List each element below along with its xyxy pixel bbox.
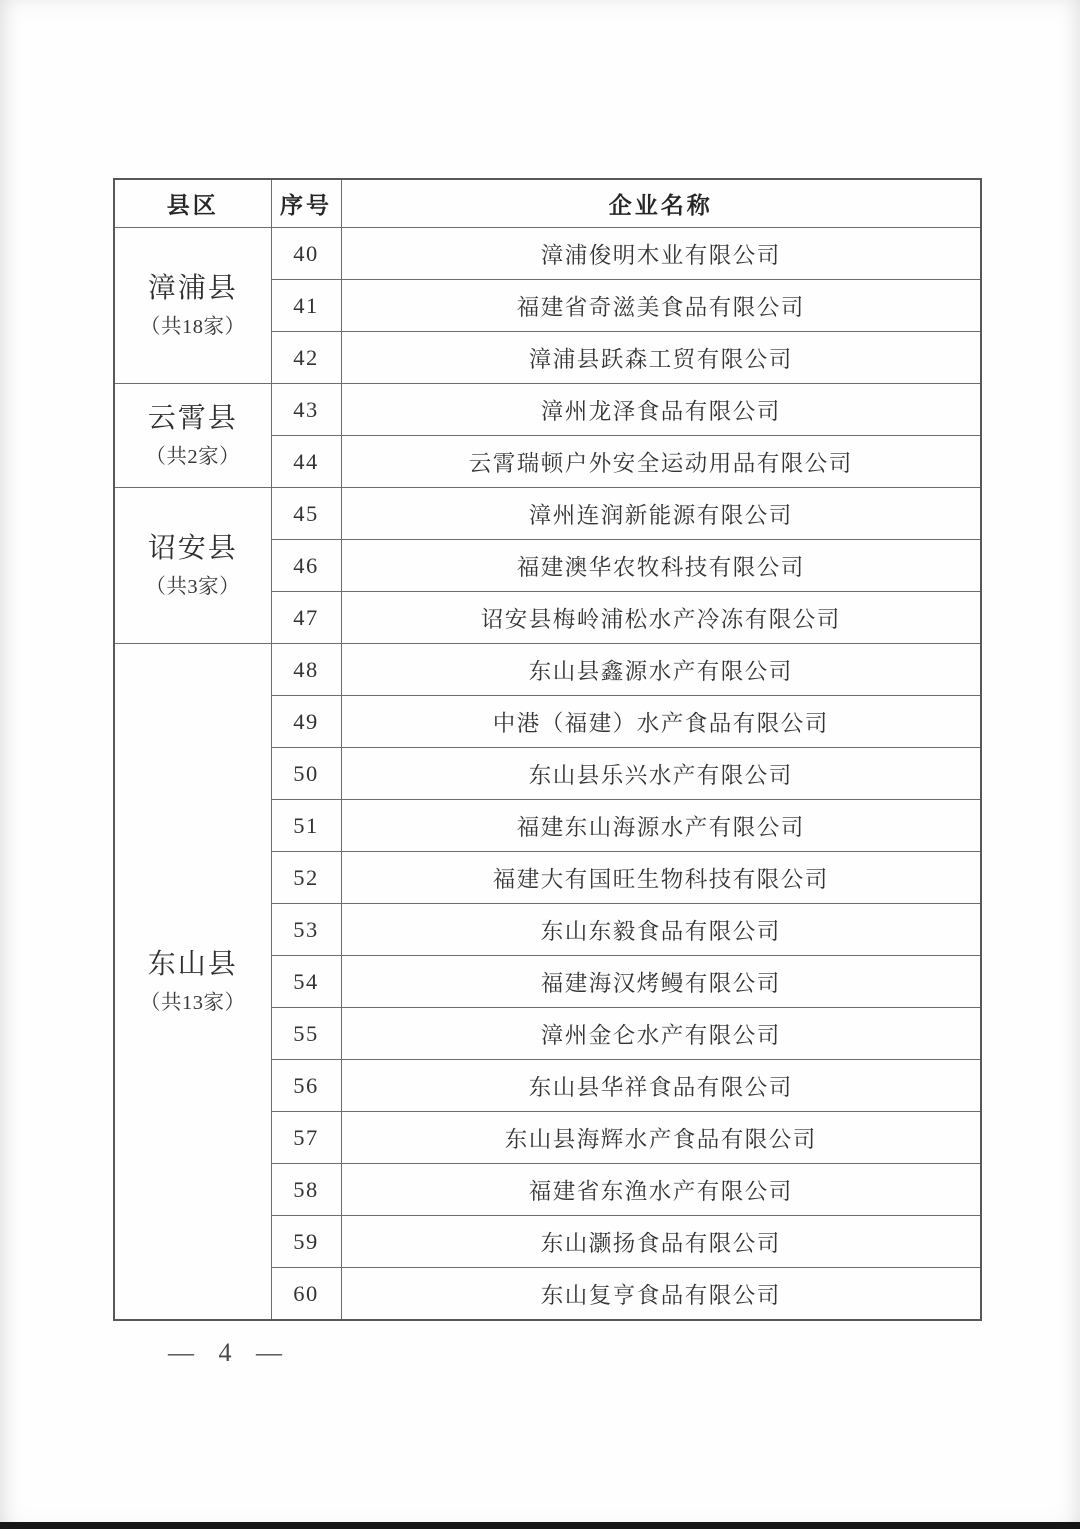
serial-number: 45 [271, 488, 341, 540]
table-header-row: 县区 序号 企业名称 [114, 179, 981, 228]
company-name: 东山灏扬食品有限公司 [341, 1216, 981, 1268]
serial-number: 48 [271, 644, 341, 696]
company-name: 漳州金仑水产有限公司 [341, 1008, 981, 1060]
serial-number: 50 [271, 748, 341, 800]
serial-number: 58 [271, 1164, 341, 1216]
company-name: 诏安县梅岭浦松水产冷冻有限公司 [341, 592, 981, 644]
company-name: 东山县鑫源水产有限公司 [341, 644, 981, 696]
header-company: 企业名称 [341, 179, 981, 228]
company-name: 漳州龙泽食品有限公司 [341, 384, 981, 436]
serial-number: 51 [271, 800, 341, 852]
serial-number: 46 [271, 540, 341, 592]
company-name: 东山县海辉水产食品有限公司 [341, 1112, 981, 1164]
county-count: （共13家） [115, 990, 271, 1018]
serial-number: 47 [271, 592, 341, 644]
company-name: 福建海汉烤鳗有限公司 [341, 956, 981, 1008]
county-name: 云霄县 [115, 400, 271, 438]
company-name: 福建省东渔水产有限公司 [341, 1164, 981, 1216]
company-name: 东山县乐兴水产有限公司 [341, 748, 981, 800]
county-count: （共18家） [115, 314, 271, 342]
company-name: 漳浦县跃森工贸有限公司 [341, 332, 981, 384]
company-name: 福建大有国旺生物科技有限公司 [341, 852, 981, 904]
company-list-table: 县区 序号 企业名称 漳浦县（共18家）40漳浦俊明木业有限公司41福建省奇滋美… [113, 178, 982, 1321]
serial-number: 44 [271, 436, 341, 488]
county-name: 东山县 [115, 946, 271, 984]
page-number: — 4 — [168, 1338, 291, 1368]
serial-number: 41 [271, 280, 341, 332]
county-cell: 东山县（共13家） [114, 644, 271, 1321]
serial-number: 40 [271, 228, 341, 280]
county-cell: 诏安县（共3家） [114, 488, 271, 644]
serial-number: 52 [271, 852, 341, 904]
scanned-document-page: 县区 序号 企业名称 漳浦县（共18家）40漳浦俊明木业有限公司41福建省奇滋美… [0, 0, 1080, 1529]
company-name: 中港（福建）水产食品有限公司 [341, 696, 981, 748]
serial-number: 57 [271, 1112, 341, 1164]
company-name: 东山县华祥食品有限公司 [341, 1060, 981, 1112]
table-row: 东山县（共13家）48东山县鑫源水产有限公司 [114, 644, 981, 696]
table-row: 云霄县（共2家）43漳州龙泽食品有限公司 [114, 384, 981, 436]
header-serial: 序号 [271, 179, 341, 228]
scan-bottom-edge [0, 1522, 1080, 1529]
header-county: 县区 [114, 179, 271, 228]
table-body: 漳浦县（共18家）40漳浦俊明木业有限公司41福建省奇滋美食品有限公司42漳浦县… [114, 228, 981, 1321]
serial-number: 42 [271, 332, 341, 384]
company-name: 福建东山海源水产有限公司 [341, 800, 981, 852]
serial-number: 53 [271, 904, 341, 956]
company-name: 福建省奇滋美食品有限公司 [341, 280, 981, 332]
company-name: 云霄瑞顿户外安全运动用品有限公司 [341, 436, 981, 488]
serial-number: 55 [271, 1008, 341, 1060]
serial-number: 43 [271, 384, 341, 436]
company-name: 漳浦俊明木业有限公司 [341, 228, 981, 280]
company-name: 福建澳华农牧科技有限公司 [341, 540, 981, 592]
serial-number: 60 [271, 1268, 341, 1321]
table-row: 诏安县（共3家）45漳州连润新能源有限公司 [114, 488, 981, 540]
serial-number: 49 [271, 696, 341, 748]
county-cell: 云霄县（共2家） [114, 384, 271, 488]
company-name: 漳州连润新能源有限公司 [341, 488, 981, 540]
county-count: （共2家） [115, 444, 271, 472]
county-name: 诏安县 [115, 530, 271, 568]
company-name: 东山复亨食品有限公司 [341, 1268, 981, 1321]
serial-number: 59 [271, 1216, 341, 1268]
county-name: 漳浦县 [115, 270, 271, 308]
serial-number: 56 [271, 1060, 341, 1112]
county-cell: 漳浦县（共18家） [114, 228, 271, 384]
company-name: 东山东毅食品有限公司 [341, 904, 981, 956]
table-row: 漳浦县（共18家）40漳浦俊明木业有限公司 [114, 228, 981, 280]
county-count: （共3家） [115, 574, 271, 602]
serial-number: 54 [271, 956, 341, 1008]
